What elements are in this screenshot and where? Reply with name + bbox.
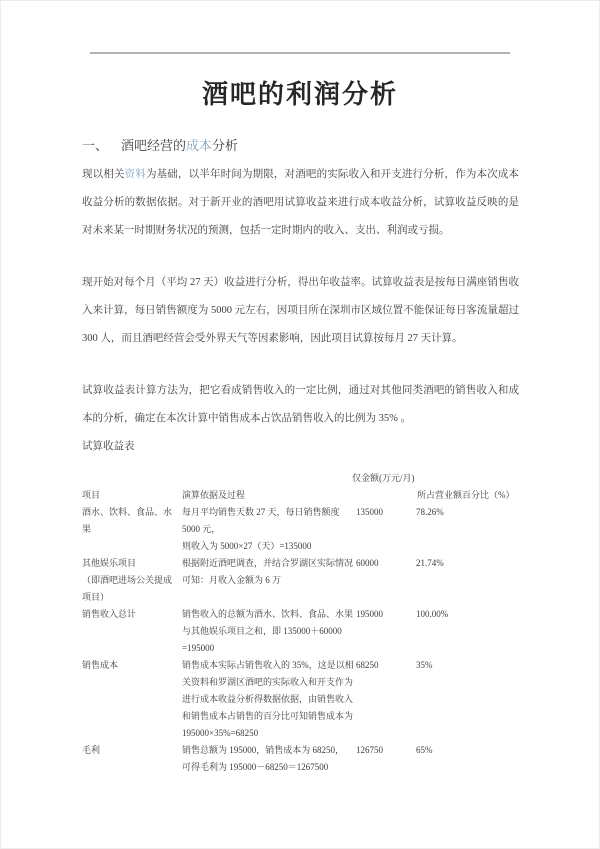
row-item: 销售成本: [82, 657, 182, 674]
row-item: 毛利: [82, 742, 182, 759]
table-row: 毛利 销售总额为 195000，销售成本为 68250， 可得毛利为 19500…: [82, 742, 519, 776]
unit-note: 仅金额(万元/月): [352, 471, 519, 485]
paragraph-1-tail: 为基础，以半年时间为期限，对酒吧的实际收入和开支进行分析，作为本次成本收益分析的…: [82, 169, 519, 236]
row-amount: 126750: [356, 742, 416, 759]
trial-income-table: 项目 演算依据及过程 所占营业额百分比（%） 酒水、饮料、食品、水果 每月平均销…: [82, 487, 519, 776]
section-heading-text: 酒吧经营的: [121, 138, 186, 153]
document-body: 一、酒吧经营的成本分析 现以相关资料为基础，以半年时间为期限，对酒吧的实际收入和…: [82, 138, 519, 776]
row-amount: 135000: [356, 504, 416, 521]
row-amount: 68250: [356, 657, 416, 674]
row-item: 销售收入总计: [82, 606, 182, 623]
paragraph-3: 试算收益表计算方法为，把它看成销售收入的一定比例，通过对其他同类酒吧的销售收入和…: [82, 377, 519, 433]
column-header-percent: 所占营业额百分比（%）: [416, 487, 519, 504]
row-percent: 78.26%: [416, 504, 519, 521]
row-basis: 根据附近酒吧调查，并结合罗湖区实际情况可知：月收入金额为 6 万: [182, 555, 356, 589]
row-percent: 35%: [416, 657, 519, 674]
row-item: 其他娱乐项目 （即酒吧进场公关提成项目）: [82, 555, 182, 606]
paragraph-1-text: 现以相关: [82, 169, 125, 180]
row-item: 酒水、饮料、食品、水果: [82, 504, 182, 538]
row-percent: 100.00%: [416, 606, 519, 623]
row-percent: 21.74%: [416, 555, 519, 572]
document-page: 酒吧的利润分析 一、酒吧经营的成本分析 现以相关资料为基础，以半年时间为期限，对…: [0, 0, 600, 849]
section-number: 一、: [82, 138, 108, 153]
table-row: 销售收入总计 销售收入的总额为酒水、饮料、食品、水果与其他娱乐项目之和，即 13…: [82, 606, 519, 657]
section-heading: 一、酒吧经营的成本分析: [82, 138, 519, 154]
document-title: 酒吧的利润分析: [0, 74, 600, 111]
column-header-item: 项目: [82, 487, 182, 504]
row-amount: 60000: [356, 555, 416, 572]
reference-link[interactable]: 资料: [125, 169, 146, 180]
table-caption: 试算收益表: [82, 433, 519, 461]
paragraph-1: 现以相关资料为基础，以半年时间为期限，对酒吧的实际收入和开支进行分析，作为本次成…: [82, 161, 519, 245]
row-basis: 销售总额为 195000，销售成本为 68250， 可得毛利为 195000－6…: [182, 742, 356, 776]
row-basis: 每月平均销售天数 27 天，每日销售额度 5000 元， 则收入为 5000×2…: [182, 504, 356, 555]
column-header-basis: 演算依据及过程: [182, 487, 356, 504]
section-heading-tail: 分析: [212, 138, 238, 153]
row-percent: 65%: [416, 742, 519, 759]
paragraph-2: 现开始对每个月（平均 27 天）收益进行分析，得出年收益率。试算收益表是按每日满…: [82, 269, 519, 353]
table-row: 其他娱乐项目 （即酒吧进场公关提成项目） 根据附近酒吧调查，并结合罗湖区实际情况…: [82, 555, 519, 606]
header-rule: [90, 52, 510, 54]
row-amount: 195000: [356, 606, 416, 623]
row-basis: 销售收入的总额为酒水、饮料、食品、水果与其他娱乐项目之和，即 135000＋60…: [182, 606, 356, 657]
table-row: 酒水、饮料、食品、水果 每月平均销售天数 27 天，每日销售额度 5000 元，…: [82, 504, 519, 555]
table-row: 销售成本 销售成本实际占销售收入的 35%，这是以相关资料和罗湖区酒吧的实际收入…: [82, 657, 519, 742]
row-basis: 销售成本实际占销售收入的 35%，这是以相关资料和罗湖区酒吧的实际收入和开支作为…: [182, 657, 356, 742]
cost-link[interactable]: 成本: [186, 138, 212, 153]
table-header-row: 项目 演算依据及过程 所占营业额百分比（%）: [82, 487, 519, 504]
